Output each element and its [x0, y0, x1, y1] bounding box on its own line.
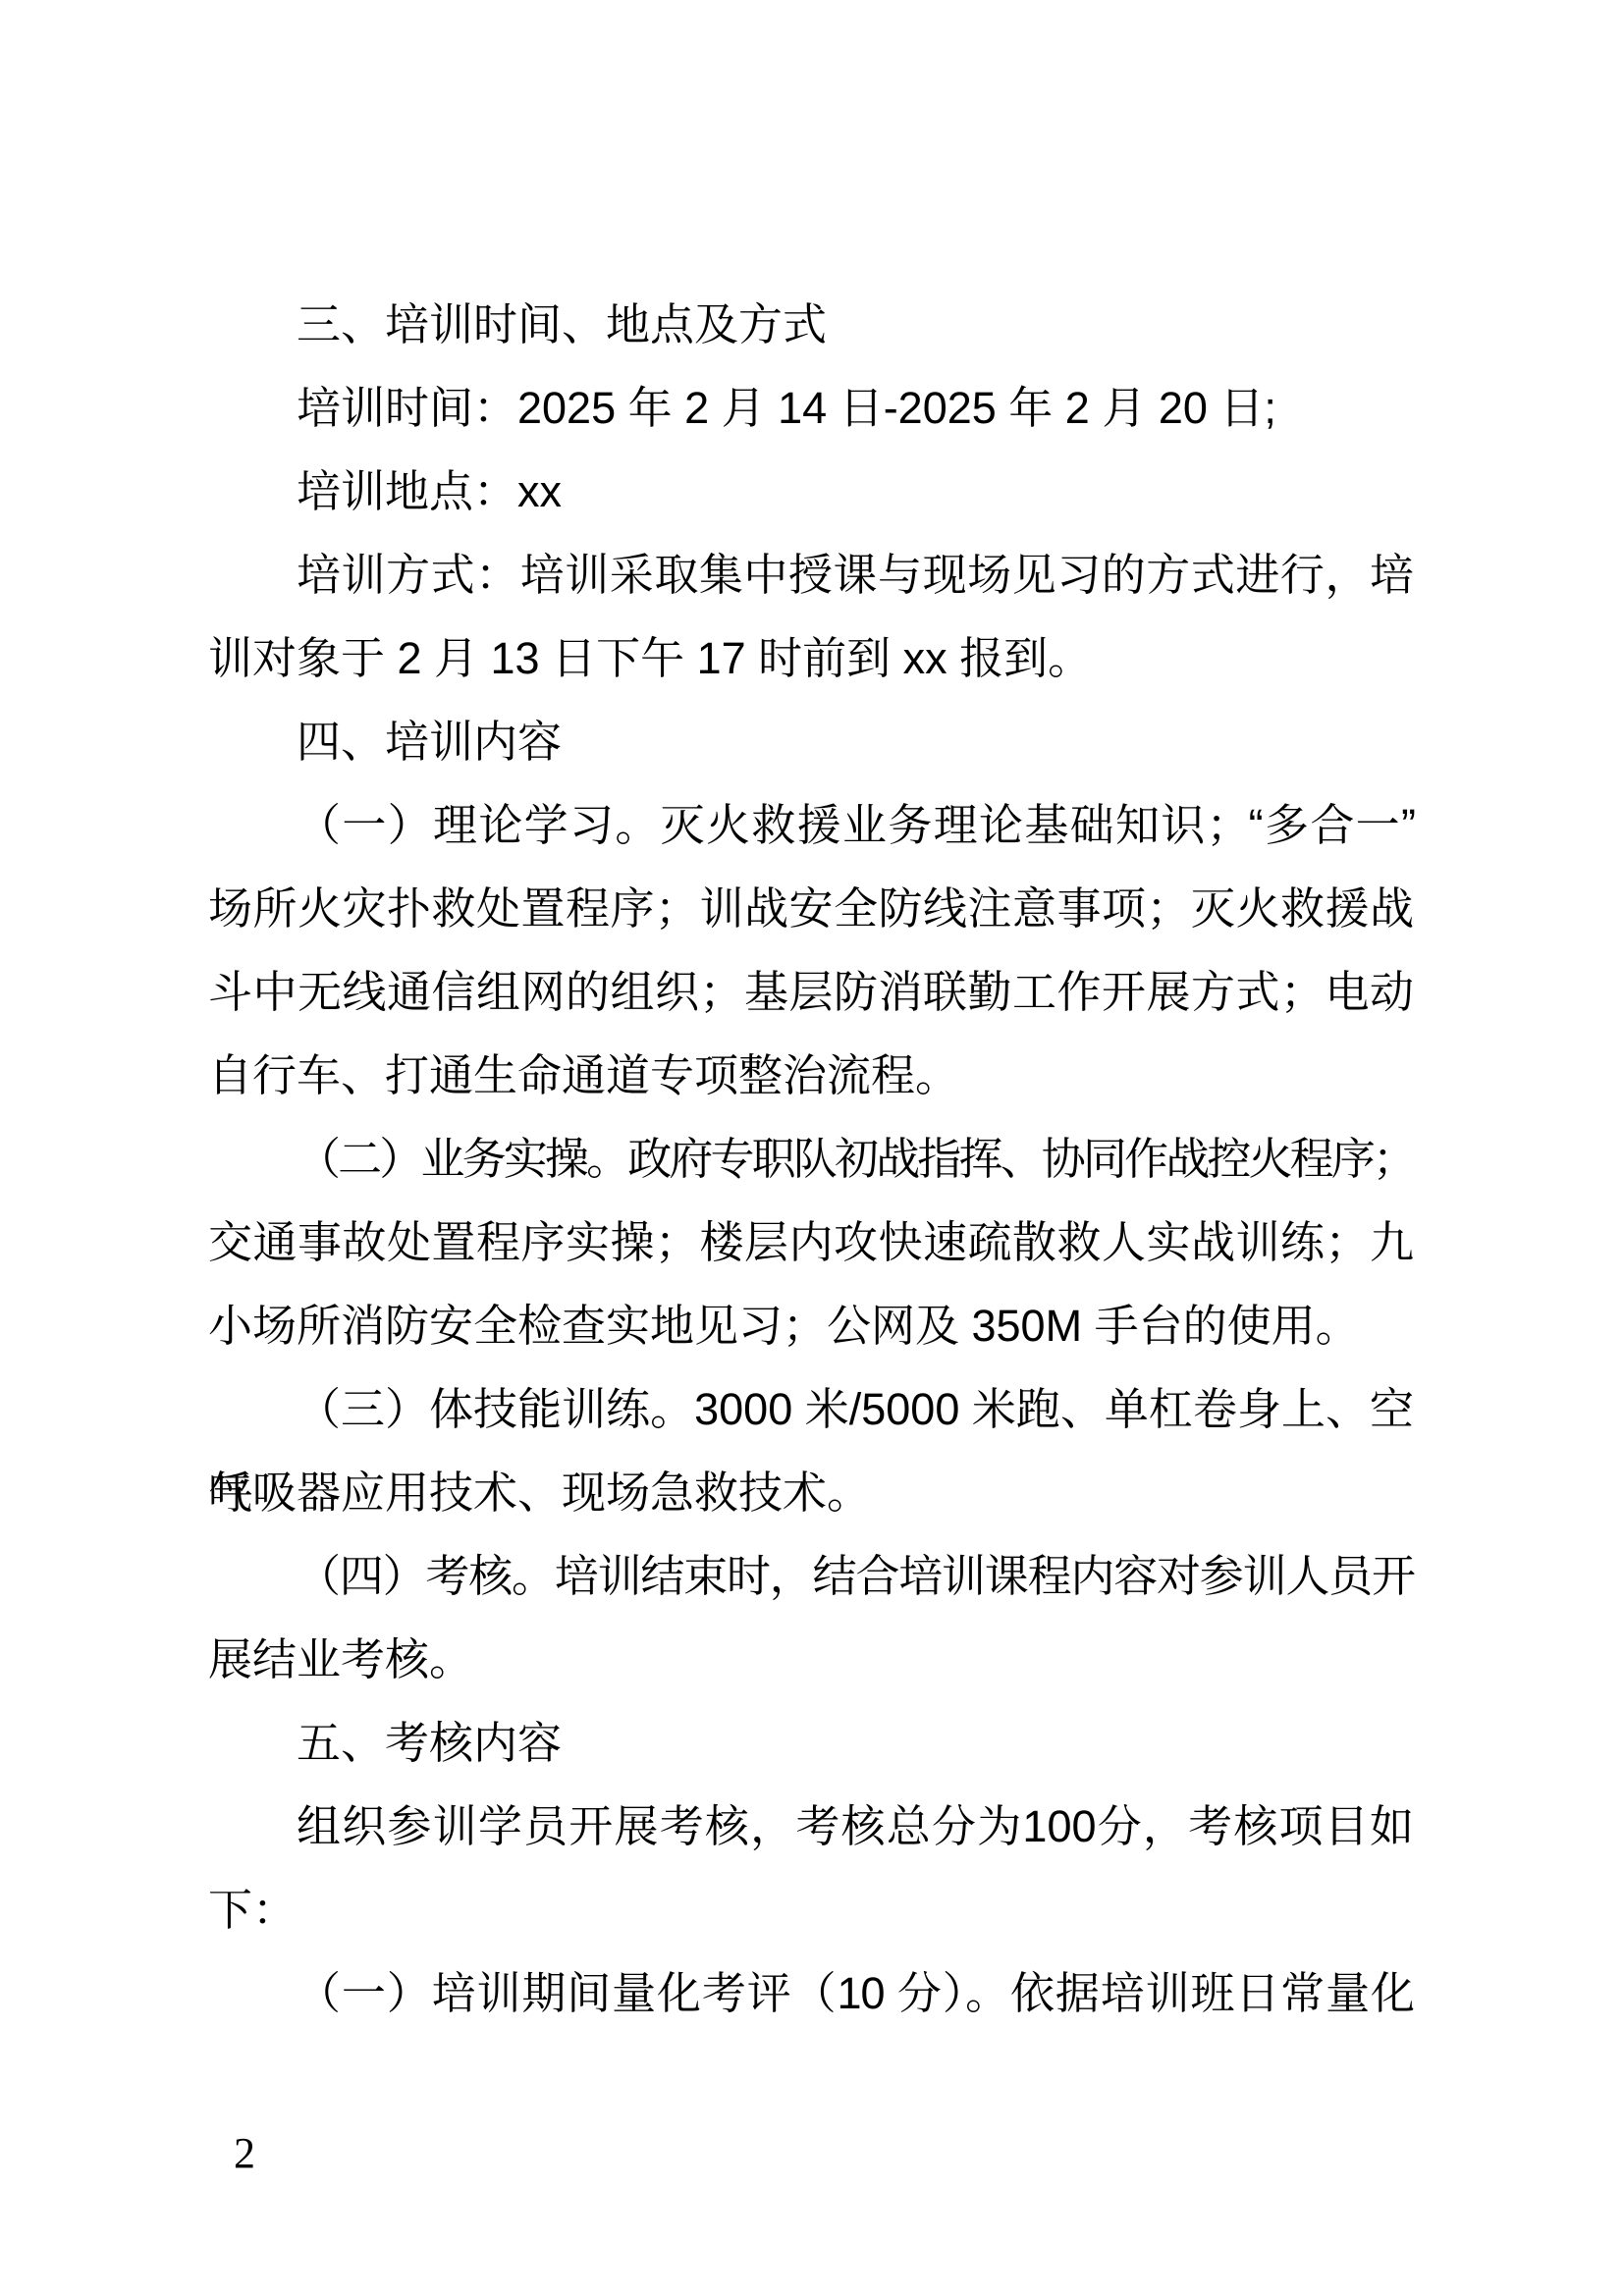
- document-line: 交通事故处置程序实操；楼层内攻快速疏散救人实战训练；九: [208, 1201, 1414, 1284]
- document-line: 场所火灾扑救处置程序；训战安全防线注意事项；灭火救援战: [208, 867, 1414, 950]
- document-line: 呼吸器应用技术、现场急救技术。: [208, 1451, 1414, 1534]
- document-line: （一）培训期间量化考评（10 分）。依据培训班日常量化: [208, 1951, 1414, 2035]
- document-line: 培训地点：xx: [208, 450, 1414, 533]
- document-page: 三、培训时间、地点及方式 培训时间：2025 年 2 月 14 日-2025 年…: [0, 0, 1623, 2296]
- section-heading-3: 三、培训时间、地点及方式: [208, 283, 1414, 366]
- document-line: 下：: [208, 1868, 1414, 1951]
- section-heading-4: 四、培训内容: [208, 700, 1414, 783]
- document-line: 自行车、打通生命通道专项整治流程。: [208, 1034, 1414, 1117]
- document-line: 培训方式：培训采取集中授课与现场见习的方式进行，培: [208, 533, 1414, 616]
- page-number: 2: [234, 2132, 255, 2175]
- section-heading-5: 五、考核内容: [208, 1701, 1414, 1785]
- document-line: 训对象于 2 月 13 日下午 17 时前到 xx 报到。: [208, 616, 1414, 700]
- document-line: 组织参训学员开展考核，考核总分为100分，考核项目如: [208, 1785, 1414, 1868]
- document-line: （四）考核。培训结束时，结合培训课程内容对参训人员开: [208, 1534, 1414, 1618]
- document-line: 斗中无线通信组网的组织；基层防消联勤工作开展方式；电动: [208, 950, 1414, 1034]
- document-line: （二）业务实操。政府专职队初战指挥、协同作战控火程序；: [208, 1117, 1414, 1201]
- document-line: （一）理论学习。灭火救援业务理论基础知识；“多合一”: [208, 783, 1414, 867]
- document-line: （三）体技能训练。3000 米/5000 米跑、单杠卷身上、空气: [208, 1367, 1414, 1451]
- document-line: 培训时间：2025 年 2 月 14 日-2025 年 2 月 20 日;: [208, 366, 1414, 450]
- document-body: 三、培训时间、地点及方式 培训时间：2025 年 2 月 14 日-2025 年…: [208, 283, 1414, 2035]
- document-line: 小场所消防安全检查实地见习；公网及 350M 手台的使用。: [208, 1284, 1414, 1367]
- document-line: 展结业考核。: [208, 1618, 1414, 1701]
